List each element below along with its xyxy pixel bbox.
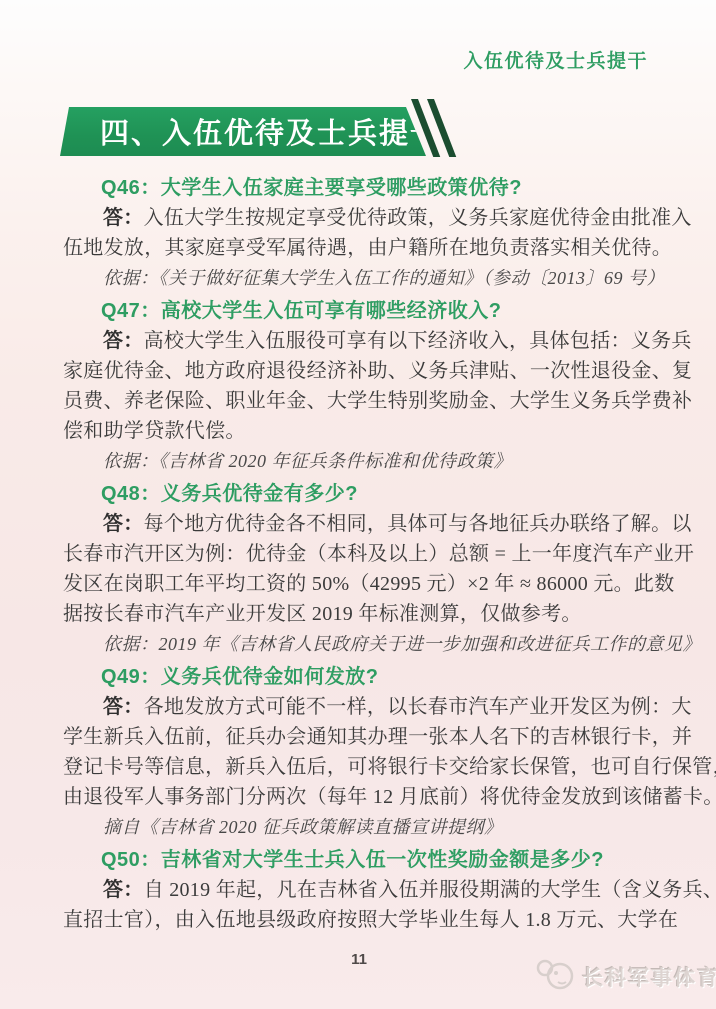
answer-line: 发区在岗职工年平均工资的 50%（42995 元）×2 年 ≈ 86000 元。… <box>63 569 653 599</box>
source-line: 依据：《吉林省 2020 年征兵条件标准和优待政策》 <box>63 446 653 476</box>
answer-prefix: 答： <box>103 696 144 718</box>
question-heading: Q46：大学生入伍家庭主要享受哪些政策优待? <box>63 173 653 203</box>
answer-prefix: 答： <box>103 207 144 229</box>
answer-line: 由退役军人事务部门分两次（每年 12 月底前）将优待金发放到该储蓄卡。 <box>63 782 653 812</box>
source-line: 依据：《关于做好征集大学生入伍工作的通知》（参动〔2013〕69 号） <box>63 263 653 293</box>
page-number: 11 <box>343 951 375 968</box>
question-heading: Q49：义务兵优待金如何发放? <box>63 662 653 692</box>
brand-logo-icon <box>534 956 576 997</box>
question-heading: Q50：吉林省对大学生士兵入伍一次性奖励金额是多少? <box>63 845 653 875</box>
answer-line: 直招士官），由入伍地县级政府按照大学毕业生每人 1.8 万元、大学在 <box>63 905 653 935</box>
answer-line: 登记卡号等信息，新兵入伍后，可将银行卡交给家长保管，也可自行保管， <box>63 752 653 782</box>
qa-content: Q46：大学生入伍家庭主要享受哪些政策优待?答：入伍大学生按规定享受优待政策，义… <box>63 170 653 935</box>
answer-line: 答：自 2019 年起，凡在吉林省入伍并服役期满的大学生（含义务兵、 <box>63 875 653 905</box>
answer-line: 偿和助学贷款代偿。 <box>63 416 653 446</box>
running-header-title: 入伍优待及士兵提干 <box>463 46 648 73</box>
answer-line: 答：高校大学生入伍服役可享有以下经济收入，具体包括：义务兵 <box>63 326 653 356</box>
answer-line: 长春市汽开区为例：优待金（本科及以上）总额 = 上一年度汽车产业开 <box>63 539 653 569</box>
answer-line: 答：各地发放方式可能不一样，以长春市汽车产业开发区为例：大 <box>63 692 653 722</box>
answer-prefix: 答： <box>103 330 144 352</box>
source-line: 依据：2019 年《吉林省人民政府关于进一步加强和改进征兵工作的意见》 <box>63 629 653 659</box>
answer-line: 学生新兵入伍前，征兵办会通知其办理一张本人名下的吉林银行卡，并 <box>63 722 653 752</box>
section-banner: 四、入伍优待及士兵提干 <box>60 107 428 156</box>
source-line: 摘自《吉林省 2020 征兵政策解读直播宣讲提纲》 <box>63 812 653 842</box>
answer-line: 员费、养老保险、职业年金、大学生特别奖励金、大学生义务兵学费补 <box>63 386 653 416</box>
answer-line: 答：入伍大学生按规定享受优待政策，义务兵家庭优待金由批准入 <box>63 203 653 233</box>
answer-line: 据按长春市汽车产业开发区 2019 年标准测算，仅做参考。 <box>63 599 653 629</box>
answer-line: 答：每个地方优待金各不相同，具体可与各地征兵办联络了解。以 <box>63 509 653 539</box>
answer-line: 家庭优待金、地方政府退役经济补助、义务兵津贴、一次性退役金、复 <box>63 356 653 386</box>
answer-prefix: 答： <box>103 879 144 901</box>
publisher-watermark: 长科军事体育部 <box>534 956 716 997</box>
question-heading: Q48：义务兵优待金有多少? <box>63 479 653 509</box>
section-banner-title: 四、入伍优待及士兵提干 <box>60 111 441 152</box>
document-page: 入伍优待及士兵提干 四、入伍优待及士兵提干 Q46：大学生入伍家庭主要享受哪些政… <box>0 0 716 1009</box>
question-heading: Q47：高校大学生入伍可享有哪些经济收入? <box>63 296 653 326</box>
answer-prefix: 答： <box>103 513 144 535</box>
answer-line: 伍地发放，其家庭享受军属待遇，由户籍所在地负责落实相关优待。 <box>63 233 653 263</box>
publisher-name: 长科军事体育部 <box>582 962 716 992</box>
